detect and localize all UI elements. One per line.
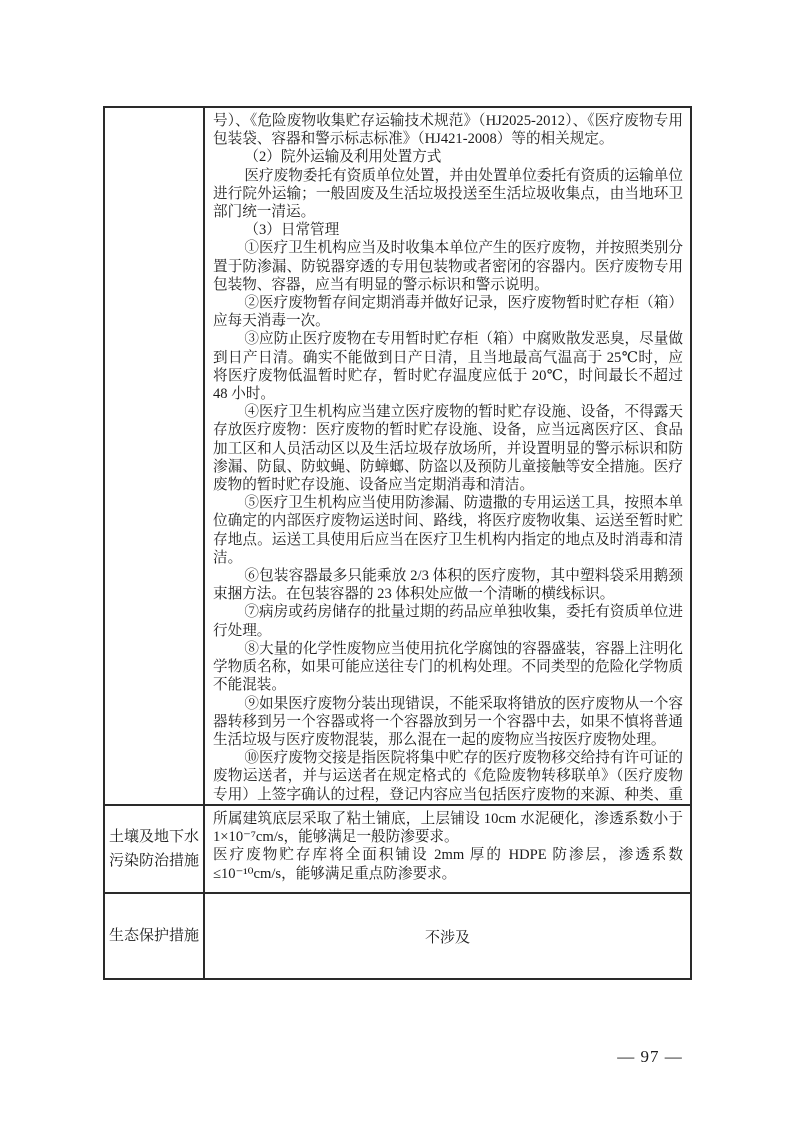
- paragraph-regulations-continuation: 号）、《危险废物收集贮存运输技术规范》（HJ2025-2012）、《医疗废物专用…: [213, 112, 683, 148]
- paragraph-key-seepage: 医疗废物贮存库将全面积铺设 2mm 厚的 HDPE 防渗层，渗透系数≤10⁻¹⁰…: [213, 846, 683, 882]
- row-label-line-1: 生态保护措施: [105, 924, 203, 948]
- paragraph-item-4: ④医疗卫生机构应当建立医疗废物的暂时贮存设施、设备，不得露天存放医疗废物：医疗废…: [213, 403, 683, 494]
- table-row-medical-waste: 号）、《危险废物收集贮存运输技术规范》（HJ2025-2012）、《医疗废物专用…: [104, 107, 691, 805]
- row-content-cell-ecological: 不涉及: [204, 893, 691, 979]
- page-number: — 97 —: [605, 1047, 695, 1067]
- row-label-cell-ecological: 生态保护措施: [104, 893, 204, 979]
- paragraph-item-10: ⑩医疗废物交接是指医院将集中贮存的医疗废物移交给持有许可证的废物运送者，并与运送…: [213, 749, 683, 804]
- paragraph-item-3: ③应防止医疗废物在专用暂时贮存柜（箱）中腐败散发恶臭，尽量做到日产日清。确实不能…: [213, 330, 683, 403]
- medical-waste-text-block: 号）、《危险废物收集贮存运输技术规范》（HJ2025-2012）、《医疗废物专用…: [205, 108, 690, 804]
- soil-groundwater-text-block: 所属建筑底层采取了粘土铺底，上层铺设 10cm 水泥硬化，渗透系数小于 1×10…: [205, 806, 690, 887]
- paragraph-not-involved: 不涉及: [205, 926, 690, 947]
- paragraph-daily-management-heading: （3）日常管理: [213, 221, 683, 239]
- measures-table: 号）、《危险废物收集贮存运输技术规范》（HJ2025-2012）、《医疗废物专用…: [103, 106, 692, 980]
- paragraph-offsite-transport-heading: （2）院外运输及利用处置方式: [213, 148, 683, 166]
- paragraph-item-7: ⑦病房或药房储存的批量过期的药品应单独收集，委托有资质单位进行处理。: [213, 603, 683, 639]
- row-content-cell-medical-waste: 号）、《危险废物收集贮存运输技术规范》（HJ2025-2012）、《医疗废物专用…: [204, 107, 691, 805]
- paragraph-item-6: ⑥包装容器最多只能乘放 2/3 体积的医疗废物，其中塑料袋采用鹅颈束捆方法。在包…: [213, 567, 683, 603]
- row-label-line-1: 土壤及地下水: [105, 825, 203, 849]
- table-row-soil-groundwater: 土壤及地下水 污染防治措施 所属建筑底层采取了粘土铺底，上层铺设 10cm 水泥…: [104, 805, 691, 893]
- row-label-line-2: 污染防治措施: [105, 849, 203, 873]
- table-row-ecological: 生态保护措施 不涉及: [104, 893, 691, 979]
- paragraph-offsite-transport-body: 医疗废物委托有资质单位处置，并由处置单位委托有资质的运输单位进行院外运输；一般固…: [213, 167, 683, 222]
- paragraph-item-5: ⑤医疗卫生机构应当使用防渗漏、防遗撒的专用运送工具，按照本单位确定的内部医疗废物…: [213, 494, 683, 567]
- document-page: 号）、《危险废物收集贮存运输技术规范》（HJ2025-2012）、《医疗废物专用…: [0, 0, 793, 1122]
- paragraph-item-1: ①医疗卫生机构应当及时收集本单位产生的医疗废物，并按照类别分置于防渗漏、防锐器穿…: [213, 239, 683, 294]
- paragraph-general-seepage: 所属建筑底层采取了粘土铺底，上层铺设 10cm 水泥硬化，渗透系数小于 1×10…: [213, 810, 683, 846]
- row-content-cell-soil-groundwater: 所属建筑底层采取了粘土铺底，上层铺设 10cm 水泥硬化，渗透系数小于 1×10…: [204, 805, 691, 893]
- paragraph-item-9: ⑨如果医疗废物分装出现错误，不能采取将错放的医疗废物从一个容器转移到另一个容器或…: [213, 695, 683, 750]
- row-label-cell-empty: [104, 107, 204, 805]
- paragraph-item-8: ⑧大量的化学性废物应当使用抗化学腐蚀的容器盛装，容器上注明化学物质名称，如果可能…: [213, 640, 683, 695]
- paragraph-item-2: ②医疗废物暂存间定期消毒并做好记录，医疗废物暂时贮存柜（箱）应每天消毒一次。: [213, 294, 683, 330]
- row-label-cell-soil-groundwater: 土壤及地下水 污染防治措施: [104, 805, 204, 893]
